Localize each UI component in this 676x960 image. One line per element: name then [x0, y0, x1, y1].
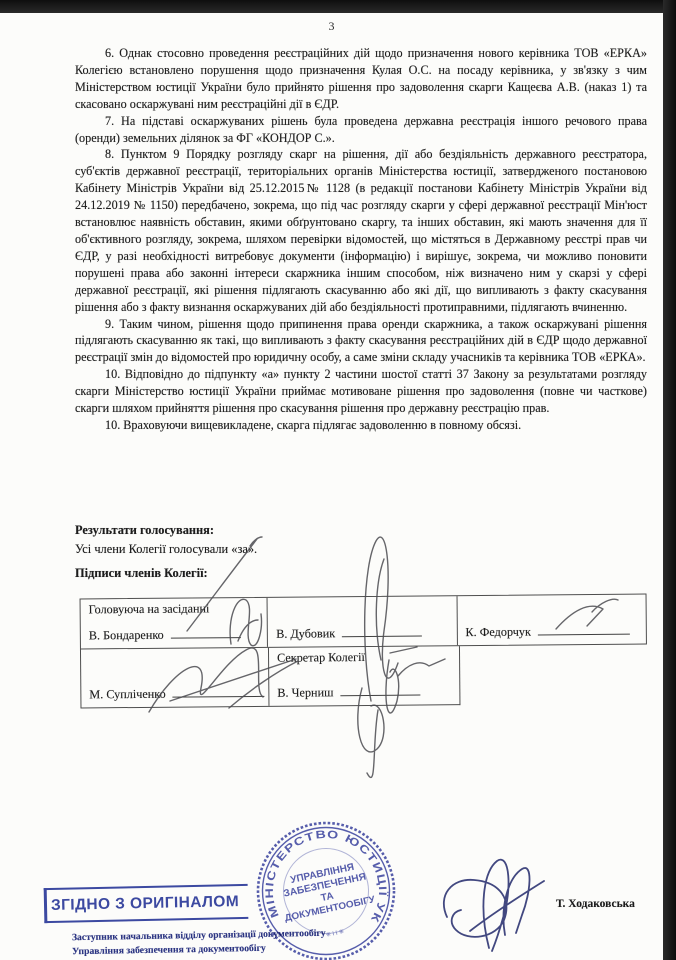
signature-line — [340, 684, 420, 697]
page-number: 3 — [0, 19, 663, 34]
table-row: Головуюча на засіданні В. Бондаренко В. … — [80, 594, 647, 650]
signer-name: К. Федорчук — [465, 625, 530, 640]
certifier-name: Т. Ходаковська — [556, 898, 635, 910]
signature-cell-suplichenko: М. Супліченко — [81, 648, 269, 708]
signature-khodakovska — [444, 860, 544, 951]
signer-name: М. Супліченко — [89, 687, 165, 702]
signature-cell-bondarenko: Головуюча на засіданні В. Бондаренко — [81, 598, 269, 649]
paragraph-10b: 10. Враховуючи вищевикладене, скарга під… — [75, 417, 647, 434]
signer-name: В. Черниш — [277, 685, 333, 699]
signature-line — [538, 623, 630, 636]
signer-role: Секретар Колегії — [277, 649, 451, 666]
signature-line — [342, 624, 422, 637]
signer-role: Головуюча на засіданні — [89, 601, 259, 617]
paragraph-7: 7. На підставі оскаржуваних рішень була … — [75, 113, 647, 147]
voting-results-block: Результати голосування: Усі члени Колегі… — [75, 521, 257, 559]
document-body: 6. Однак стосовно проведення реєстраційн… — [75, 45, 647, 434]
signature-cell-chernysh: Секретар Колегії В. Черниш — [269, 646, 459, 706]
round-official-stamp: МІНІСТЕРСТВО ЮСТИЦІЇ УКРАЇНИ УПРАВЛІННЯ … — [251, 820, 401, 960]
signature-cell-fedorchuk: К. Федорчук — [457, 595, 646, 646]
certified-copy-stamp-text: ЗГІДНО З ОРИГІНАЛОМ — [51, 893, 239, 915]
signature-table: Головуюча на засіданні В. Бондаренко В. … — [80, 594, 648, 709]
paragraph-9: 9. Таким чином, рішення щодо припинення … — [75, 316, 647, 367]
signer-name: В. Дубовик — [276, 626, 335, 641]
scan-edge-band-top — [0, 0, 676, 13]
signatures-heading: Підписи членів Колегії: — [75, 566, 208, 581]
stamp-bottom-marks: ✳ і ї ✳ — [325, 928, 344, 939]
paragraph-8: 8. Пунктом 9 Порядку розгляду скарг на р… — [75, 146, 647, 315]
paragraph-6: 6. Однак стосовно проведення реєстраційн… — [75, 45, 647, 113]
paragraph-10: 10. Відповідно до підпункту «а» пункту 2… — [75, 366, 647, 417]
scan-edge-band-right — [663, 0, 676, 960]
scanned-document-page: 3 6. Однак стосовно проведення реєстраці… — [0, 0, 676, 960]
signature-cell-dubovyk: В. Дубовик — [268, 596, 458, 647]
signer-name: В. Бондаренко — [89, 628, 164, 643]
signature-line — [173, 685, 265, 698]
voting-results-text: Усі члени Колегії голосували «за». — [75, 540, 257, 559]
table-row: М. Супліченко Секретар Колегії В. Черниш — [80, 646, 461, 708]
certified-copy-stamp: ЗГІДНО З ОРИГІНАЛОМ — [44, 884, 249, 923]
signature-line — [171, 626, 241, 639]
voting-results-heading: Результати голосування: — [75, 521, 257, 540]
